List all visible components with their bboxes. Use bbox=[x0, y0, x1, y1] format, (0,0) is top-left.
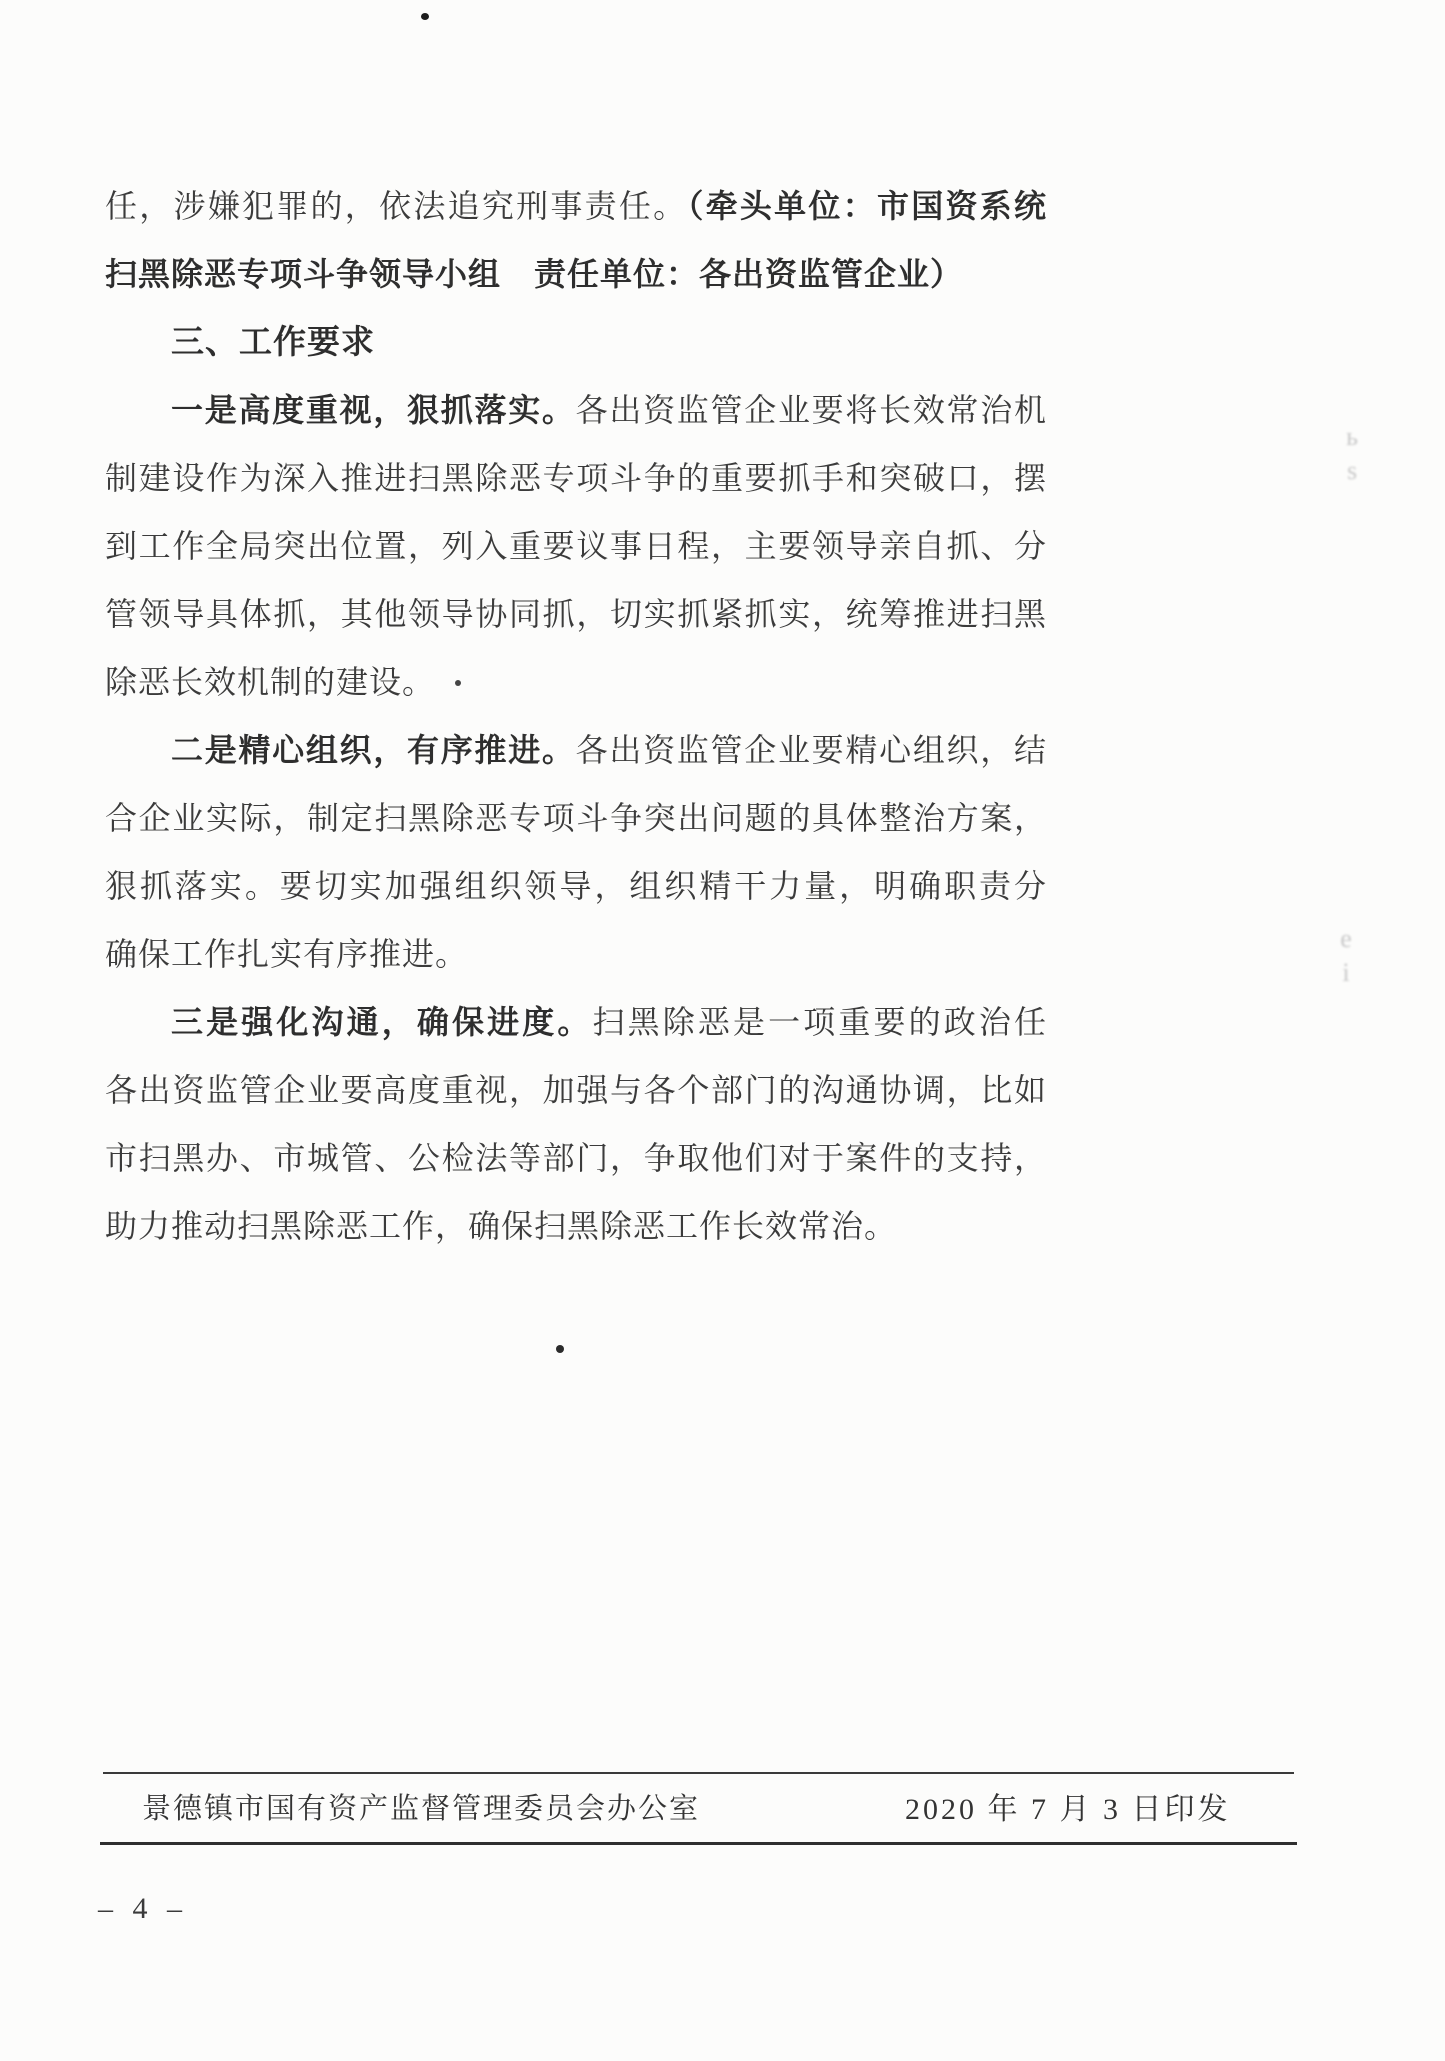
body-text-run: 各出资监管企业要精心组织，结 bbox=[576, 732, 1047, 768]
lead-unit-annotation: 扫黑除恶专项斗争领导小组 责任单位：各出资监管企业） bbox=[105, 256, 963, 292]
body-line: 扫黑除恶专项斗争领导小组 责任单位：各出资监管企业） bbox=[105, 240, 1047, 308]
body-text-run: 助力推动扫黑除恶工作，确保扫黑除恶工作长效常治。 bbox=[105, 1208, 897, 1244]
lead-unit-annotation: （牵头单位：市国资系统 bbox=[687, 188, 1047, 224]
page-number: – 4 – bbox=[98, 1892, 188, 1926]
body-line: 三是强化沟通，确保进度。扫黑除恶是一项重要的政治任务， bbox=[105, 988, 1047, 1056]
body-line: 合企业实际，制定扫黑除恶专项斗争突出问题的具体整治方案， bbox=[105, 784, 1047, 852]
scanned-document-page: 任，涉嫌犯罪的，依法追究刑事责任。（牵头单位：市国资系统 扫黑除恶专项斗争领导小… bbox=[0, 0, 1445, 2061]
body-line: 各出资监管企业要高度重视，加强与各个部门的沟通协调，比如 bbox=[105, 1056, 1047, 1124]
paragraph-lead-in: 三是强化沟通，确保进度。 bbox=[171, 1004, 593, 1040]
body-text-run: 到工作全局突出位置，列入重要议事日程，主要领导亲自抓、分 bbox=[105, 528, 1047, 564]
body-text-run: 各出资监管企业要将长效常治机 bbox=[576, 392, 1047, 428]
body-line: 狠抓落实。要切实加强组织领导，组织精干力量，明确职责分工， bbox=[105, 852, 1047, 920]
section-heading: 三、工作要求 bbox=[105, 308, 1047, 376]
paragraph-lead-in: 二是精心组织，有序推进。 bbox=[171, 732, 576, 768]
ink-dot-artifact bbox=[556, 1345, 564, 1353]
body-line: 市扫黑办、市城管、公检法等部门，争取他们对于案件的支持， bbox=[105, 1124, 1047, 1192]
paragraph-lead-in: 一是高度重视，狠抓落实。 bbox=[171, 392, 576, 428]
body-text-run: 除恶长效机制的建设。 bbox=[105, 664, 435, 700]
body-line: 任，涉嫌犯罪的，依法追究刑事责任。（牵头单位：市国资系统 bbox=[105, 172, 1047, 240]
body-line: 一是高度重视，狠抓落实。各出资监管企业要将长效常治机 bbox=[105, 376, 1047, 444]
body-line: 管领导具体抓，其他领导协同抓，切实抓紧抓实，统筹推进扫黑 bbox=[105, 580, 1047, 648]
body-line: 制建设作为深入推进扫黑除恶专项斗争的重要抓手和突破口，摆 bbox=[105, 444, 1047, 512]
body-line: 除恶长效机制的建设。 bbox=[105, 648, 1047, 716]
body-text-run: 任，涉嫌犯罪的，依法追究刑事责任。 bbox=[105, 188, 687, 224]
body-text-run: 制建设作为深入推进扫黑除恶专项斗争的重要抓手和突破口，摆 bbox=[105, 460, 1047, 496]
body-line: 到工作全局突出位置，列入重要议事日程，主要领导亲自抓、分 bbox=[105, 512, 1047, 580]
footer-divider-bottom bbox=[100, 1842, 1297, 1845]
body-text-run: 确保工作扎实有序推进。 bbox=[105, 936, 468, 972]
body-text-run: 合企业实际，制定扫黑除恶专项斗争突出问题的具体整治方案， bbox=[105, 800, 1047, 836]
body-text-run: 狠抓落实。要切实加强组织领导，组织精干力量，明确职责分工， bbox=[105, 868, 1047, 920]
document-body-text: 任，涉嫌犯罪的，依法追究刑事责任。（牵头单位：市国资系统 扫黑除恶专项斗争领导小… bbox=[105, 172, 1047, 1260]
scan-smudge-artifact: еі bbox=[1326, 922, 1366, 990]
footer-divider-top bbox=[103, 1772, 1294, 1774]
ink-dot-artifact bbox=[455, 680, 461, 686]
scan-smudge-artifact: ьѕ bbox=[1332, 420, 1372, 488]
body-text-run: 市扫黑办、市城管、公检法等部门，争取他们对于案件的支持， bbox=[105, 1140, 1047, 1176]
body-line: 助力推动扫黑除恶工作，确保扫黑除恶工作长效常治。 bbox=[105, 1192, 1047, 1260]
body-line: 确保工作扎实有序推进。 bbox=[105, 920, 1047, 988]
body-text-run: 管领导具体抓，其他领导协同抓，切实抓紧抓实，统筹推进扫黑 bbox=[105, 596, 1047, 632]
footer-issuer-office: 景德镇市国有资产监督管理委员会办公室 bbox=[142, 1786, 700, 1827]
ink-dot-artifact bbox=[421, 13, 429, 20]
footer-print-date: 2020 年 7 月 3 日印发 bbox=[905, 1784, 1231, 1828]
body-text-run: 各出资监管企业要高度重视，加强与各个部门的沟通协调，比如 bbox=[105, 1072, 1047, 1108]
section-heading-text: 三、工作要求 bbox=[171, 323, 375, 360]
body-line: 二是精心组织，有序推进。各出资监管企业要精心组织，结 bbox=[105, 716, 1047, 784]
